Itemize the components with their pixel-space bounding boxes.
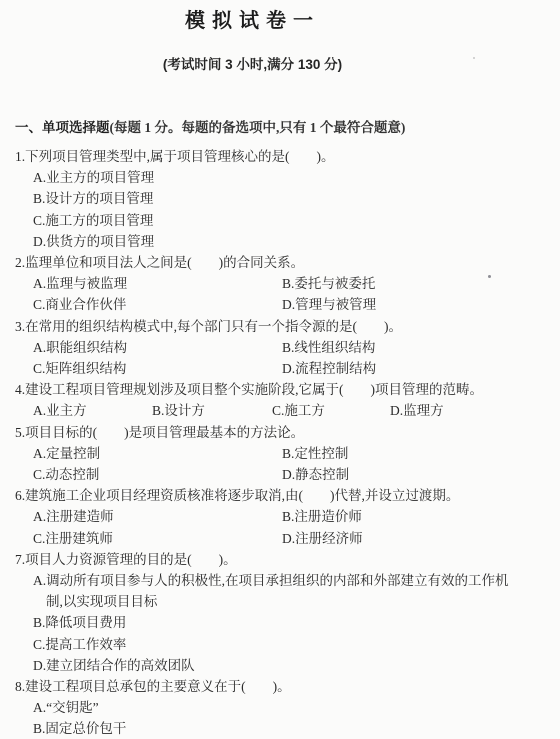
question-text: 2.监理单位和项目法人之间是( )的合同关系。 <box>15 252 540 273</box>
question-text: 6.建筑施工企业项目经理资质核准将逐步取消,由( )代替,并设立过渡期。 <box>15 485 540 506</box>
option: A.业主方的项目管理 <box>15 167 540 188</box>
question-text: 1.下列项目管理类型中,属于项目管理核心的是( )。 <box>15 146 540 167</box>
option: C.注册建筑师 <box>33 528 282 549</box>
option: B.设计方 <box>152 400 272 421</box>
question-text: 3.在常用的组织结构模式中,每个部门只有一个指令源的是( )。 <box>15 316 540 337</box>
option: A.“交钥匙” <box>15 697 540 718</box>
option: A.业主方 <box>33 400 152 421</box>
option-list: A.“交钥匙” B.固定总价包干 <box>15 697 540 739</box>
option: C.施工方 <box>272 400 390 421</box>
option: A.调动所有项目参与人的积极性,在项目承担组织的内部和外部建立有效的工作机制,以… <box>15 570 524 612</box>
option: C.施工方的项目管理 <box>15 210 540 231</box>
question-5: 5.项目目标的( )是项目管理最基本的方法论。 A.定量控制 B.定性控制 C.… <box>15 422 540 486</box>
question-8: 8.建设工程项目总承包的主要意义在于( )。 A.“交钥匙” B.固定总价包干 <box>15 676 540 739</box>
option: A.职能组织结构 <box>33 337 282 358</box>
option: D.静态控制 <box>282 464 540 485</box>
page-title: 模拟试卷一 <box>0 0 505 34</box>
option-list: A.业主方 B.设计方 C.施工方 D.监理方 <box>15 400 540 421</box>
option: B.定性控制 <box>282 443 540 464</box>
scan-speck <box>473 57 475 59</box>
question-list: 1.下列项目管理类型中,属于项目管理核心的是( )。 A.业主方的项目管理 B.… <box>15 146 540 739</box>
option-list: A.调动所有项目参与人的积极性,在项目承担组织的内部和外部建立有效的工作机制,以… <box>15 570 540 676</box>
option: C.提高工作效率 <box>15 634 540 655</box>
option: C.商业合作伙伴 <box>33 294 282 315</box>
option: C.动态控制 <box>33 464 282 485</box>
option: B.降低项目费用 <box>15 612 540 633</box>
question-text: 5.项目目标的( )是项目管理最基本的方法论。 <box>15 422 540 443</box>
option: D.注册经济师 <box>282 528 540 549</box>
option: D.管理与被管理 <box>282 294 540 315</box>
section-heading: 一、单项选择题(每题 1 分。每题的备选项中,只有 1 个最符合题意) <box>15 119 540 136</box>
page-subtitle: (考试时间 3 小时,满分 130 分) <box>0 57 505 73</box>
scanned-exam-page: 模拟试卷一 (考试时间 3 小时,满分 130 分) 一、单项选择题(每题 1 … <box>0 0 560 739</box>
option: B.线性组织结构 <box>282 337 540 358</box>
question-text: 7.项目人力资源管理的目的是( )。 <box>15 549 540 570</box>
option-list: A.注册建造师 B.注册造价师 C.注册建筑师 D.注册经济师 <box>15 506 540 548</box>
option: D.建立团结合作的高效团队 <box>15 655 540 676</box>
scan-speck <box>488 275 491 278</box>
option: B.注册造价师 <box>282 506 540 527</box>
option: C.矩阵组织结构 <box>33 358 282 379</box>
option: B.设计方的项目管理 <box>15 188 540 209</box>
question-7: 7.项目人力资源管理的目的是( )。 A.调动所有项目参与人的积极性,在项目承担… <box>15 549 540 676</box>
option: A.注册建造师 <box>33 506 282 527</box>
question-3: 3.在常用的组织结构模式中,每个部门只有一个指令源的是( )。 A.职能组织结构… <box>15 316 540 380</box>
section-heading-note: (每题 1 分。每题的备选项中,只有 1 个最符合题意) <box>110 120 406 135</box>
question-text: 4.建设工程项目管理规划涉及项目整个实施阶段,它属于( )项目管理的范畴。 <box>15 379 540 400</box>
option-list: A.职能组织结构 B.线性组织结构 C.矩阵组织结构 D.流程控制结构 <box>15 337 540 379</box>
option: B.固定总价包干 <box>15 718 540 739</box>
option: B.委托与被委托 <box>282 273 540 294</box>
option: A.监理与被监理 <box>33 273 282 294</box>
question-text: 8.建设工程项目总承包的主要意义在于( )。 <box>15 676 540 697</box>
section-heading-main: 一、单项选择题 <box>15 120 110 135</box>
option-list: A.定量控制 B.定性控制 C.动态控制 D.静态控制 <box>15 443 540 485</box>
option-list: A.业主方的项目管理 B.设计方的项目管理 C.施工方的项目管理 D.供货方的项… <box>15 167 540 252</box>
option: D.流程控制结构 <box>282 358 540 379</box>
question-1: 1.下列项目管理类型中,属于项目管理核心的是( )。 A.业主方的项目管理 B.… <box>15 146 540 252</box>
question-4: 4.建设工程项目管理规划涉及项目整个实施阶段,它属于( )项目管理的范畴。 A.… <box>15 379 540 421</box>
option: D.监理方 <box>390 400 540 421</box>
option: D.供货方的项目管理 <box>15 231 540 252</box>
question-2: 2.监理单位和项目法人之间是( )的合同关系。 A.监理与被监理 B.委托与被委… <box>15 252 540 316</box>
question-6: 6.建筑施工企业项目经理资质核准将逐步取消,由( )代替,并设立过渡期。 A.注… <box>15 485 540 549</box>
document-header: 模拟试卷一 (考试时间 3 小时,满分 130 分) <box>0 0 505 73</box>
option-list: A.监理与被监理 B.委托与被委托 C.商业合作伙伴 D.管理与被管理 <box>15 273 540 315</box>
option: A.定量控制 <box>33 443 282 464</box>
